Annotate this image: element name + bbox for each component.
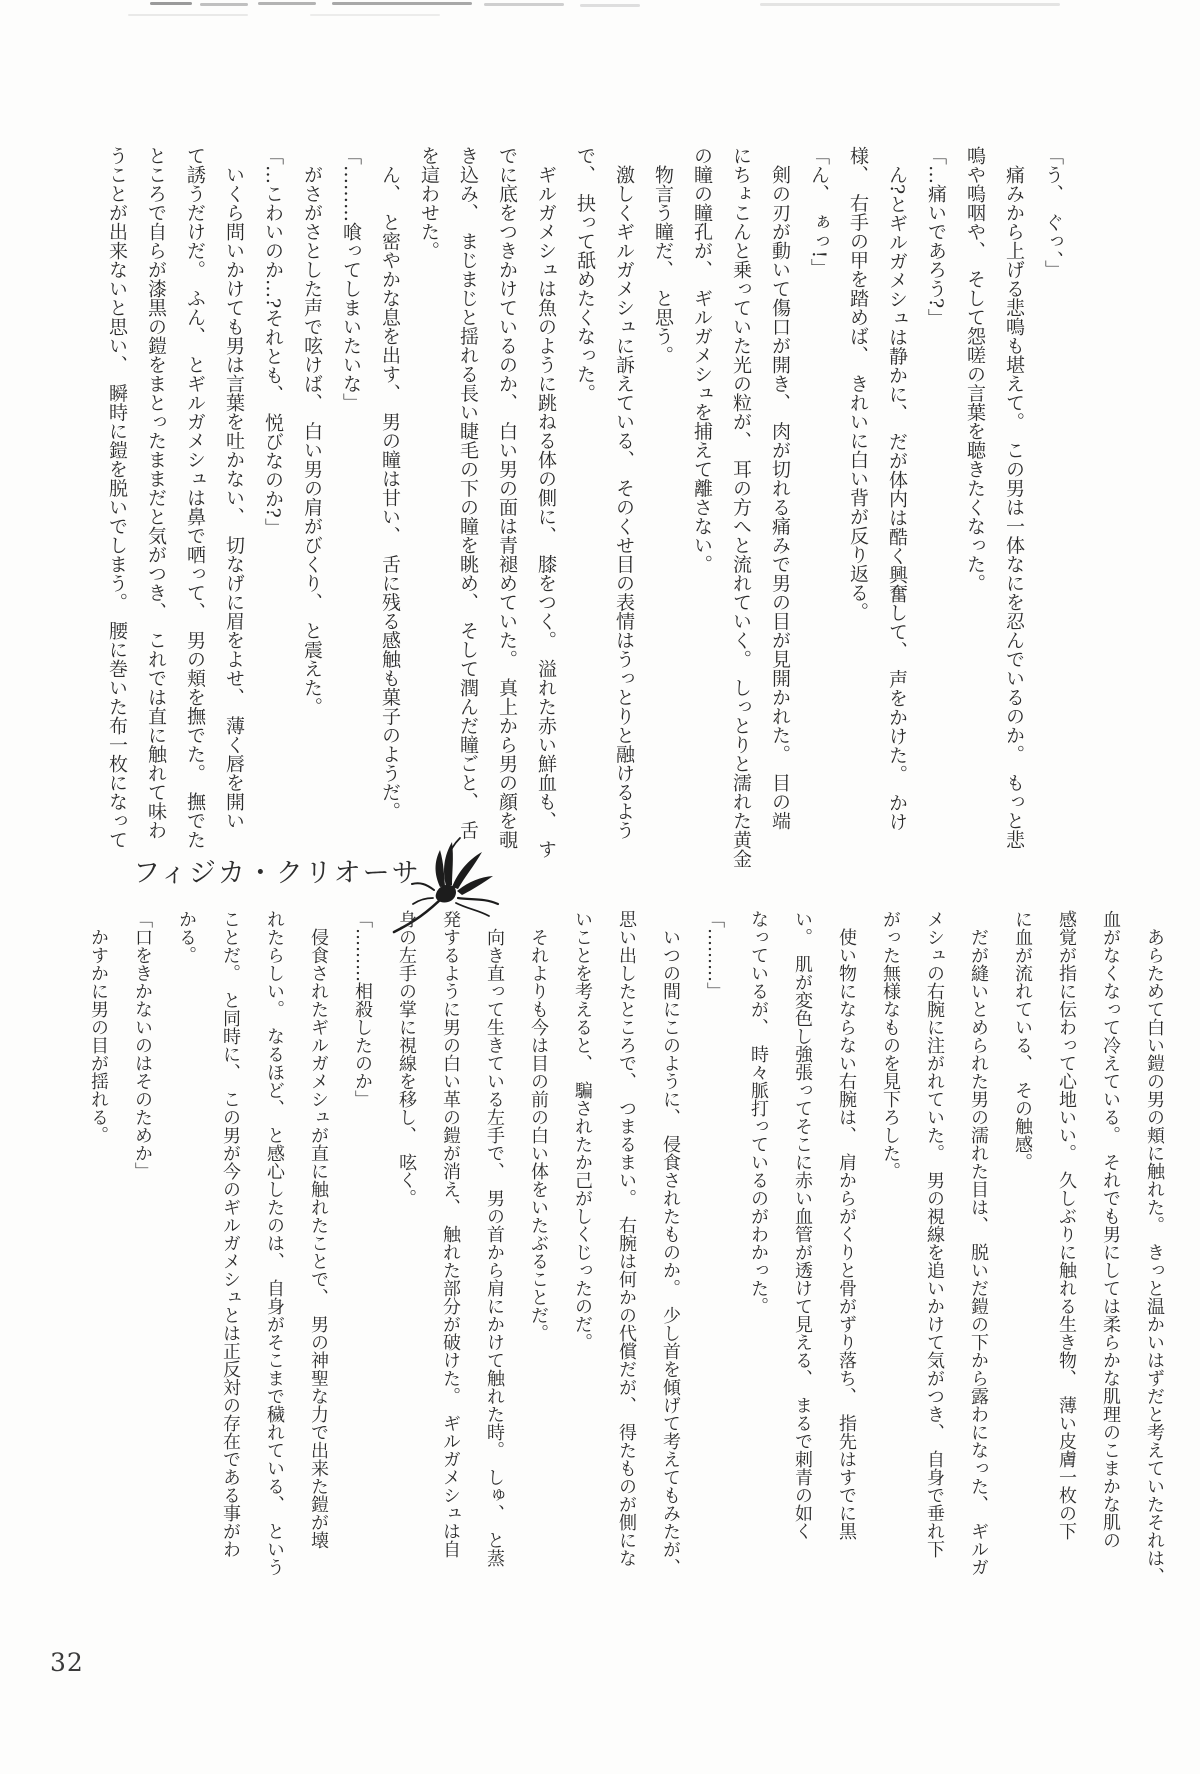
text-column: がさがさとした声で呟けば、 白い男の肩がびくり、 と震えた。 <box>292 146 331 890</box>
text-column: 「………」 <box>692 910 736 1624</box>
text-column: だが縫いとめられた男の濡れた目は、 脱いだ鎧の下から露わになった、 ギルガ <box>956 910 1000 1624</box>
text-column: き込み、 まじまじと揺れる長い睫毛の下の瞳を眺め、 そして潤んだ瞳ごと、 舌 <box>448 146 487 890</box>
text-column: 「………相殺したのか」 <box>340 910 384 1624</box>
scan-artifact <box>310 14 440 16</box>
text-column: れたらしい。 なるほど、 と感心したのは、 自身がそこまで穢れている、 という <box>252 910 296 1624</box>
text-column: を這わせた。 <box>409 146 448 890</box>
text-column: がった無様なものを見下ろした。 <box>868 910 912 1624</box>
text-column: ん?とギルガメシュは静かに、 だが体内は酷く興奮して、 声をかけた。 かけ <box>877 146 916 890</box>
text-column: 感覚が指に伝わって心地いい。 久しぶりに触れる生き物、 薄い皮膚一枚の下 <box>1044 910 1088 1624</box>
scan-artifact <box>150 2 192 5</box>
scan-artifact <box>760 3 1060 6</box>
scan-artifact <box>258 2 316 5</box>
text-column: かる。 <box>164 910 208 1624</box>
scan-artifact <box>580 4 640 7</box>
text-column: 様、 右手の甲を踏めば、 きれいに白い背が反り返る。 <box>838 146 877 890</box>
text-column: 向き直って生きている左手で、 男の首から肩にかけて触れた時。 しゅ、 と蒸 <box>472 910 516 1624</box>
text-column: いことを考えると、 騙されたか己がしくじったのだ。 <box>560 910 604 1624</box>
text-column: にちょこんと乗っていた光の粒が、 耳の方へと流れていく。 しっとりと濡れた黄金 <box>721 146 760 890</box>
text-column: い。 肌が変色し強張ってそこに赤い血管が透けて見える、 まるで刺青の如く <box>780 910 824 1624</box>
text-column: うことが出来ないと思い、 瞬時に鎧を脱いでしまう。 腰に巻いた布一枚になって <box>97 146 136 890</box>
text-column: あらためて白い鎧の男の頬に触れた。 きっと温かいはずだと考えていたそれは、 <box>1132 910 1176 1624</box>
text-column: 思い出したところで、 つまるまい。 右腕は何かの代償だが、 得たものが側にな <box>604 910 648 1624</box>
scan-artifact <box>332 2 472 5</box>
text-column: ギルガメシュは魚のように跳ねる体の側に、 膝をつく。 溢れた赤い鮮血も、 す <box>526 146 565 890</box>
text-column: 発するように男の白い革の鎧が消え、 触れた部分が破けた。 ギルガメシュは自 <box>428 910 472 1624</box>
text-column: 「…こわいのか…?それとも、 悦びなのか?」 <box>253 146 292 890</box>
text-column: ん、 と密やかな息を出す、 男の瞳は甘い、 舌に残る感触も菓子のようだ。 <box>370 146 409 890</box>
text-column: いくら問いかけても男は言葉を吐かない、 切なげに眉をよせ、 薄く唇を開い <box>214 146 253 890</box>
text-column: でに底をつきかけているのか、 白い男の面は青褪めていた。 真上から男の顔を覗 <box>487 146 526 890</box>
text-column: 身の左手の掌に視線を移し、 呟く。 <box>384 910 428 1624</box>
text-column: ところで自らが漆黒の鎧をまとったままだと気がつき、 これでは直に触れて味わ <box>136 146 175 890</box>
scanned-book-page: 「う、 ぐっ、」 痛みから上げる悲鳴も堪えて。 この男は一体なにを忍んでいるのか… <box>0 0 1200 1774</box>
story-text-block-upper: 「う、 ぐっ、」 痛みから上げる悲鳴も堪えて。 この男は一体なにを忍んでいるのか… <box>97 146 1072 890</box>
scan-artifact <box>128 14 248 16</box>
text-column: いつの間にこのように、 侵食されたものか。 少し首を傾げて考えてもみたが、 <box>648 910 692 1624</box>
text-column: 「………喰ってしまいたいな」 <box>331 146 370 890</box>
text-column: なっているが、 時々脈打っているのがわかった。 <box>736 910 780 1624</box>
scan-artifact <box>200 3 248 6</box>
text-column: 「う、 ぐっ、」 <box>1033 146 1072 890</box>
story-text-block-lower: あらためて白い鎧の男の頬に触れた。 きっと温かいはずだと考えていたそれは、血がな… <box>76 910 1176 1624</box>
text-column: て誘うだけだ。 ふん、 とギルガメシュは鼻で哂って、 男の頬を撫でた。 撫でた <box>175 146 214 890</box>
scan-artifact <box>484 3 564 6</box>
text-column: 激しくギルガメシュに訴えている、 そのくせ目の表情はうっとりと融けるよう <box>604 146 643 890</box>
text-column: 血がなくなって冷えている。 それでも男にしては柔らかな肌理のこまかな肌の <box>1088 910 1132 1624</box>
text-column: 侵食されたギルガメシュが直に触れたことで、 男の神聖な力で出来た鎧が壊 <box>296 910 340 1624</box>
text-column: 鳴や嗚咽や、 そして怨嗟の言葉を聴きたくなった。 <box>955 146 994 890</box>
text-column: メシュの右腕に注がれていた。 男の視線を追いかけて気がつき、 自身で垂れ下 <box>912 910 956 1624</box>
text-column: 「口をきかないのはそのためか」 <box>120 910 164 1624</box>
text-column: それよりも今は目の前の白い体をいたぶることだ。 <box>516 910 560 1624</box>
text-column: ことだ。 と同時に、 この男が今のギルガメシュとは正反対の存在である事がわ <box>208 910 252 1624</box>
text-column: 剣の刃が動いて傷口が開き、 肉が切れる痛みで男の目が見開かれた。 目の端 <box>760 146 799 890</box>
text-column: 使い物にならない右腕は、 肩からがくりと骨がずり落ち、 指先はすでに黒 <box>824 910 868 1624</box>
text-column: かすかに男の目が揺れる。 <box>76 910 120 1624</box>
text-column: に血が流れている、 その触感。 <box>1000 910 1044 1624</box>
text-column: 物言う瞳だ、 と思う。 <box>643 146 682 890</box>
chapter-title: フィジカ・クリオーサ <box>133 851 421 890</box>
text-column: 「ん、 ぁっ!」 <box>799 146 838 890</box>
text-column: の瞳の瞳孔が、 ギルガメシュを捕えて離さない。 <box>682 146 721 890</box>
page-number: 32 <box>50 1648 84 1677</box>
text-column: で、 抉って舐めたくなった。 <box>565 146 604 890</box>
text-column: 「…痛いであろう?」 <box>916 146 955 890</box>
text-column: 痛みから上げる悲鳴も堪えて。 この男は一体なにを忍んでいるのか。 もっと悲 <box>994 146 1033 890</box>
